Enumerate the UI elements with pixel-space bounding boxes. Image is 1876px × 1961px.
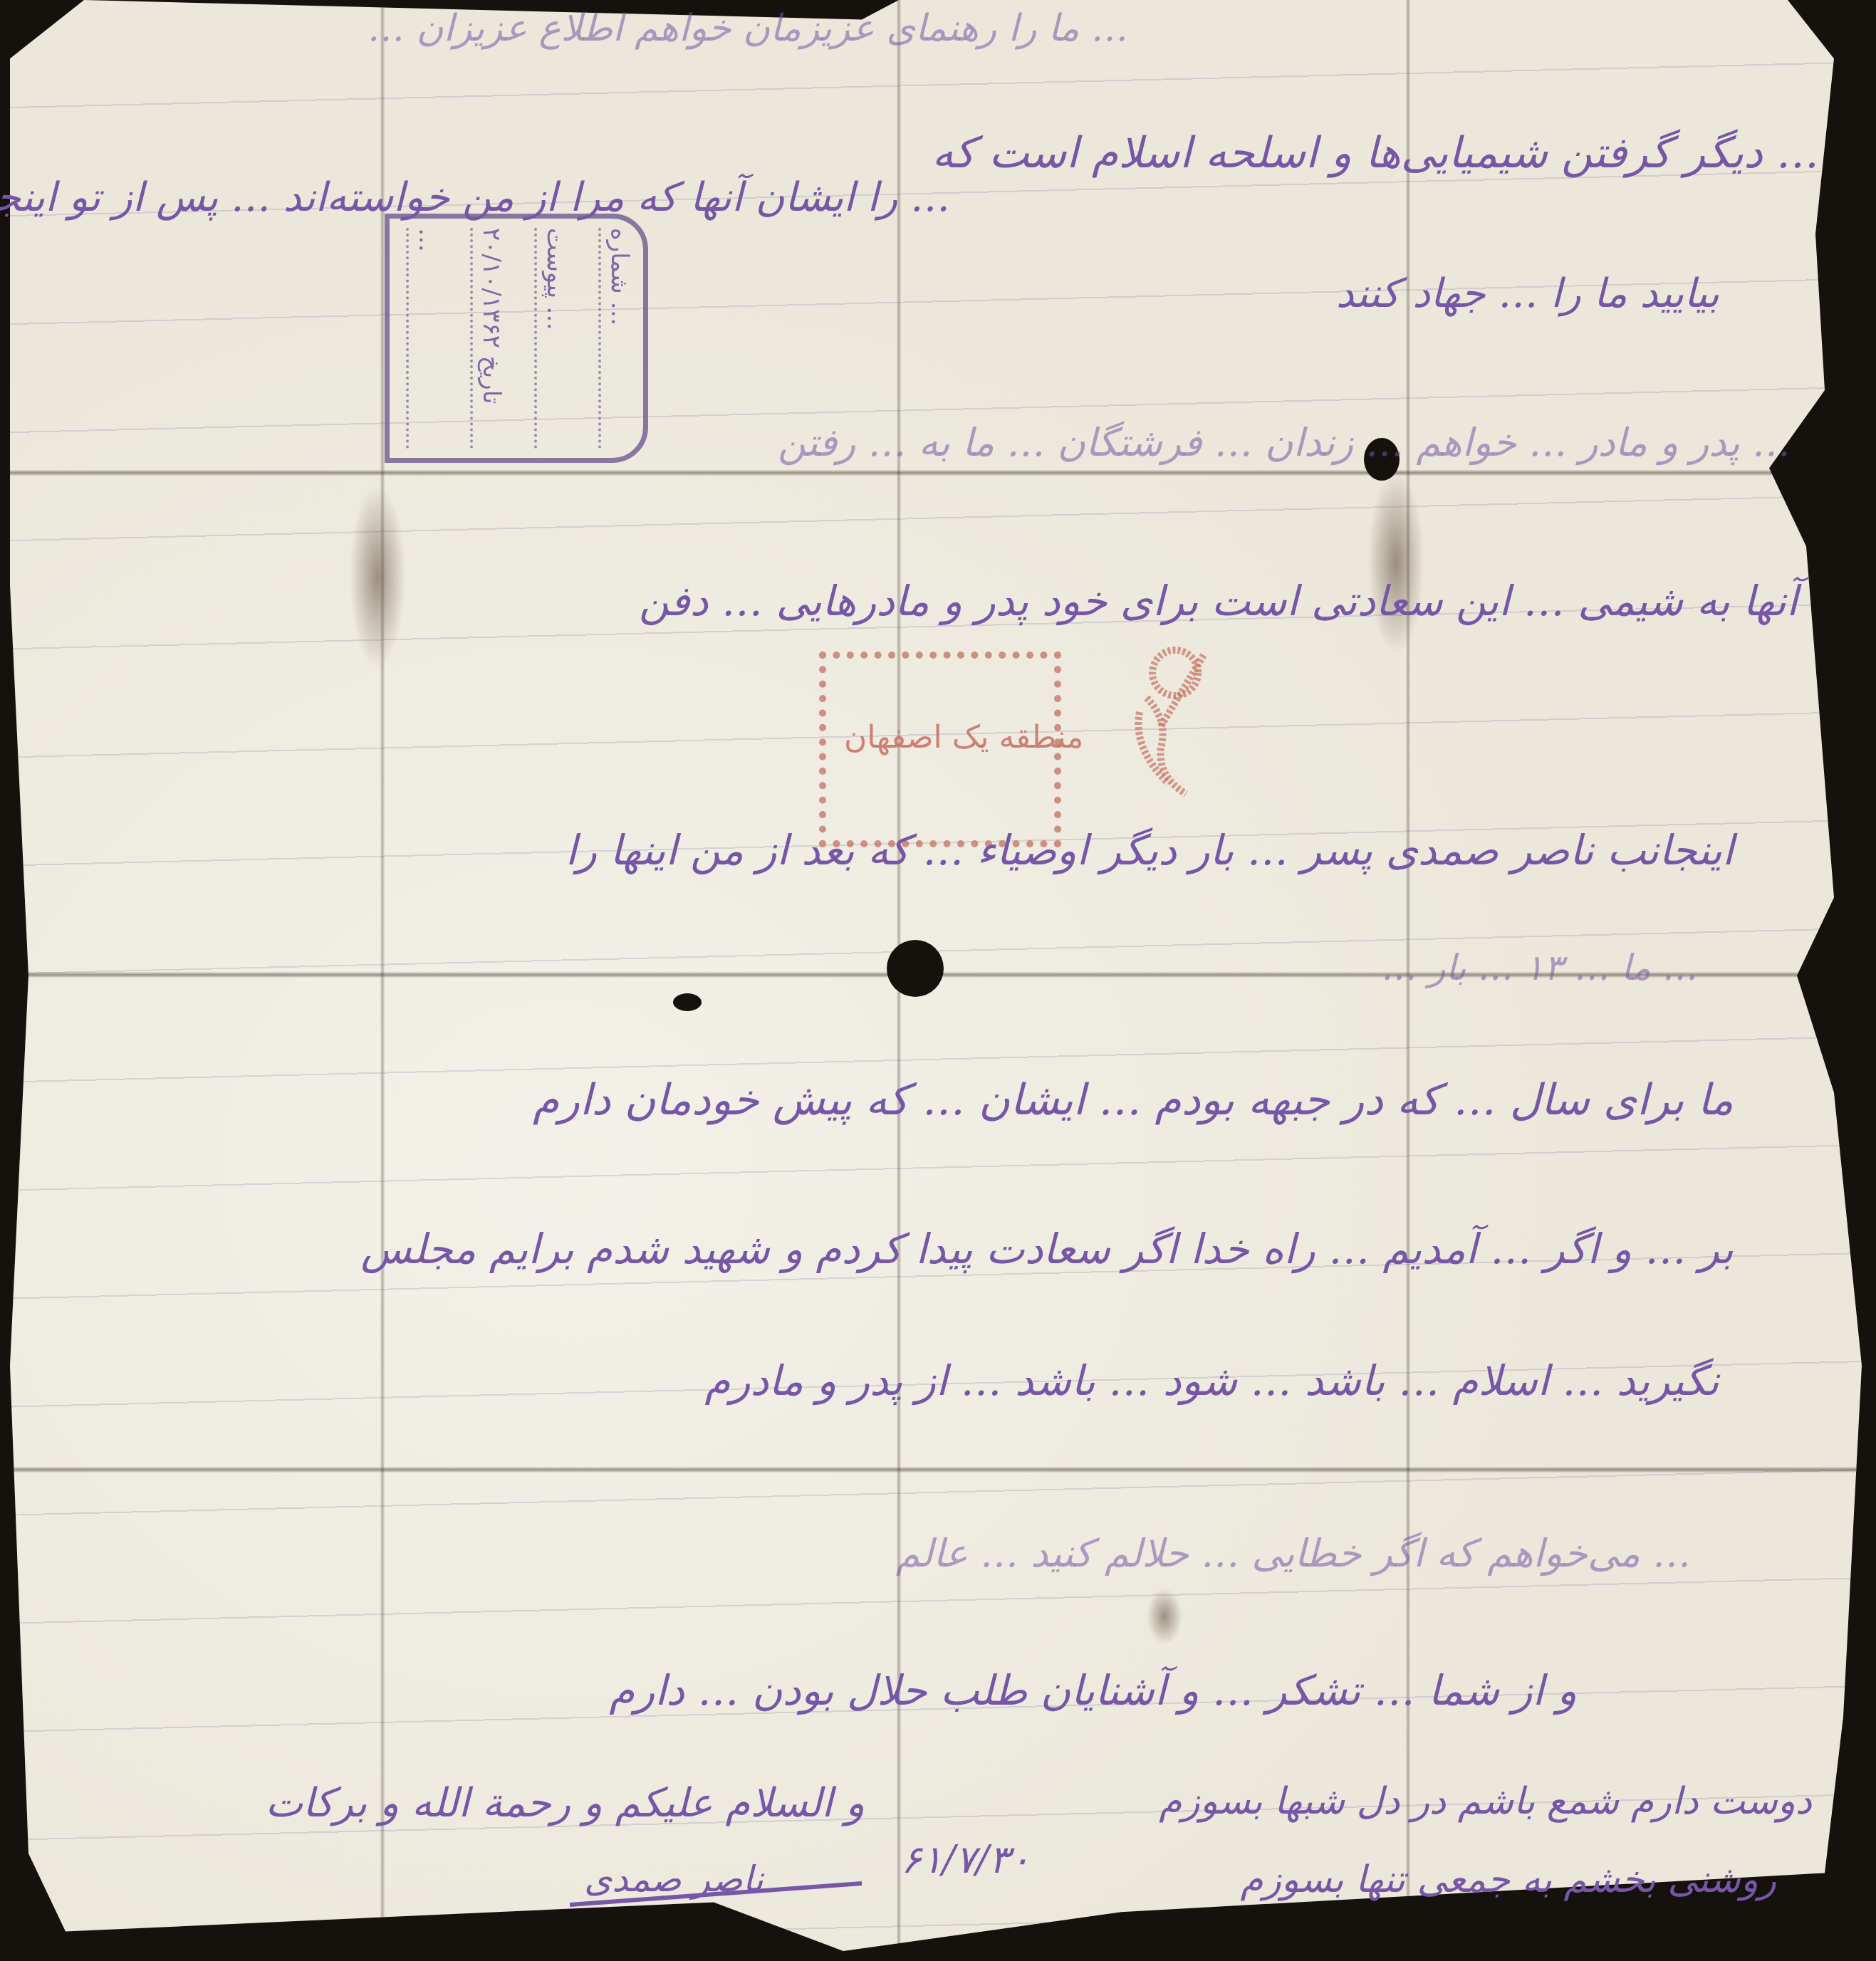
registration-stamp-content: شماره … پیوست … تاریخ ۲۰/۱۰/۱۳۶۲ … <box>385 214 648 463</box>
letter-line: … ما را رهنمای عزیزمان خواهم اطلاع عزیزا… <box>368 7 1128 50</box>
letter-line: بر … و اگر … آمدیم … راه خدا اگر سعادت پ… <box>361 1225 1734 1273</box>
poem-line: دوست دارم شمع باشم در دل شبها بسوزم <box>1159 1780 1812 1823</box>
letter-closing: و السلام علیکم و رحمة الله و برکات <box>265 1780 865 1826</box>
letter-date: ۶۱/۷/۳۰ <box>901 1837 1030 1882</box>
letter-line: … ما … ۱۳ … بار … <box>1382 947 1698 988</box>
letter-line: نگیرید … اسلام … باشد … شود … باشد … از … <box>705 1356 1719 1405</box>
letter-line: اینجانب ناصر صمدی پسر … بار دیگر اوصیاء … <box>566 826 1734 874</box>
letter-line: و از شما … تشکر … و آشنایان طلب حلال بود… <box>609 1666 1577 1715</box>
letter-line: … را ایشان آنها که مرا از من خواسته‌اند … <box>0 174 950 221</box>
fold-crease-horizontal <box>10 470 1862 476</box>
letter-line: … پدر و مادر … خواهم … زندان … فرشتگان …… <box>778 420 1791 465</box>
water-stain <box>349 484 406 669</box>
letter-line: بیایید ما را … جهاد کنند <box>1336 271 1719 317</box>
fold-crease-horizontal <box>10 1467 1862 1473</box>
tear-hole <box>673 993 702 1011</box>
letter-line: … دیگر گرفتن شیمیایی‌ها و اسلحه اسلام اس… <box>932 128 1819 178</box>
water-stain <box>1367 470 1424 655</box>
letter-line: … می‌خواهم که اگر خطایی … حلالم کنید … ع… <box>896 1531 1691 1576</box>
stamp-date: تاریخ ۲۰/۱۰/۱۳۶۲ <box>470 228 506 449</box>
stamp-field: … <box>406 228 442 449</box>
stamp-field: پیوست … <box>534 228 570 449</box>
signature-strike-icon <box>570 1866 869 1915</box>
poem-line: روشنی بخشم به جمعی تنها بسوزم <box>1240 1858 1776 1901</box>
sepah-emblem-icon <box>1118 641 1218 805</box>
letter-line: آنها به شیمی … این سعادتی است برای خود پ… <box>639 577 1798 625</box>
water-stain <box>1147 1588 1182 1645</box>
tear-hole <box>887 940 944 997</box>
stamp-label: منطقه یک اصفهان <box>844 719 1083 755</box>
letter-line: ما برای سال … که در جبهه بودم … ایشان … … <box>533 1075 1734 1125</box>
stamp-field: شماره … <box>598 228 634 449</box>
